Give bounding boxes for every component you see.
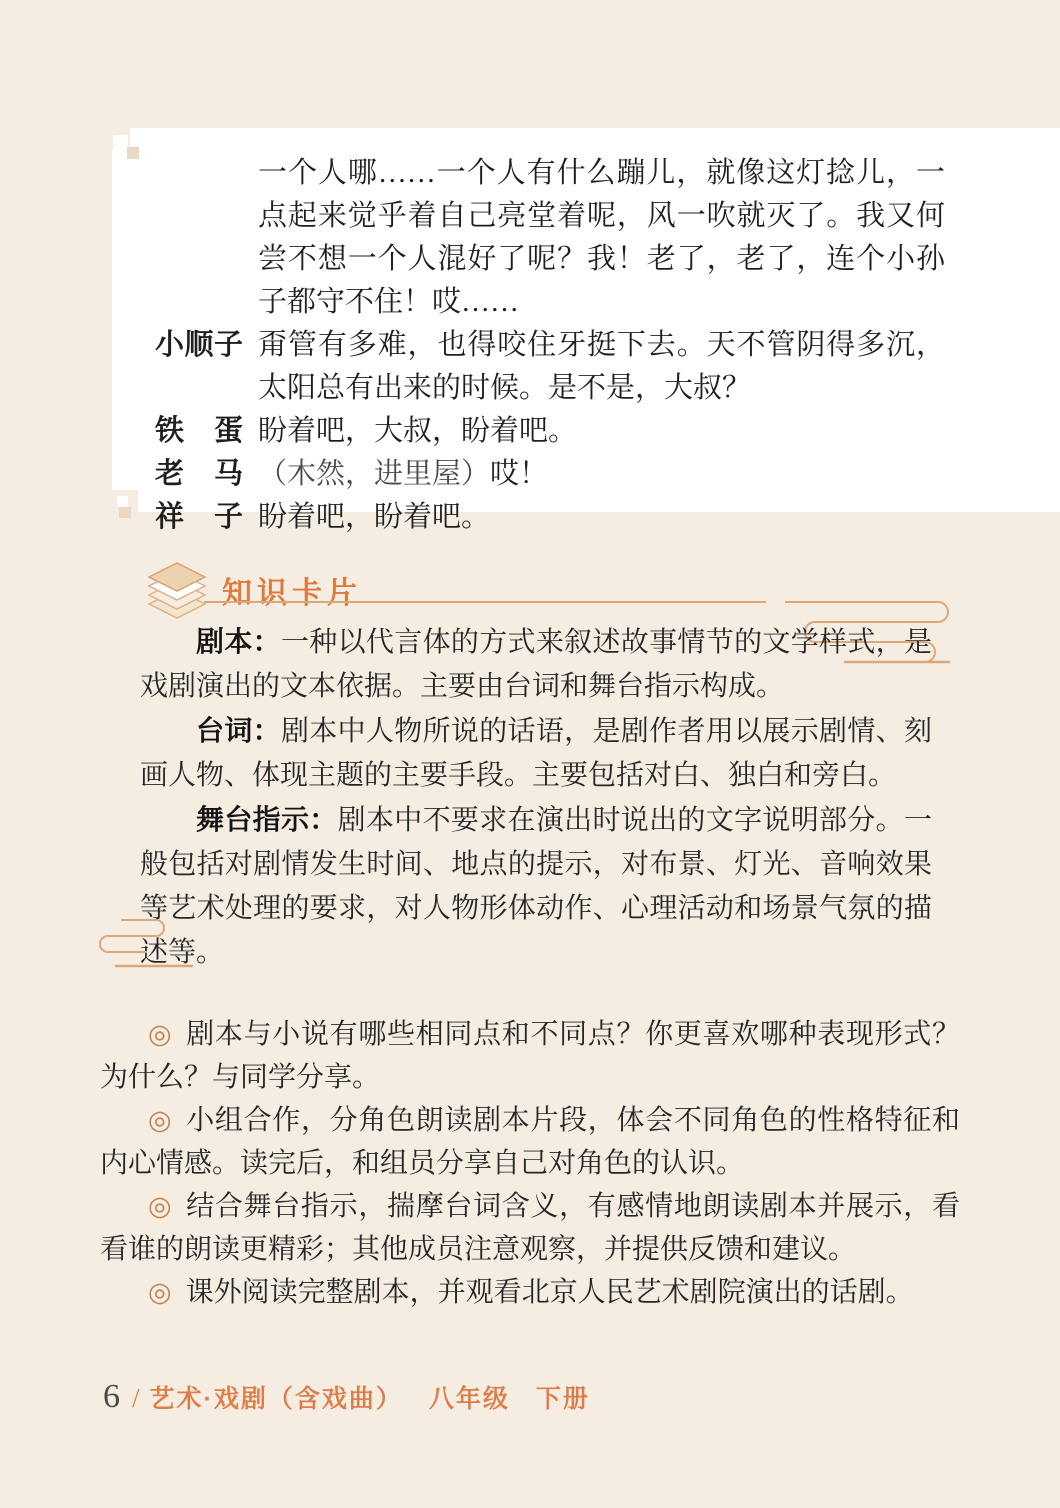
pixel-corner-decor bbox=[113, 135, 128, 150]
dialogue-text: 盼着吧，大叔，盼着吧。 bbox=[258, 410, 945, 453]
pixel-corner-decor bbox=[117, 496, 128, 507]
dialogue-line: 哎！ bbox=[490, 458, 548, 490]
volume-label: 下册 bbox=[536, 1379, 590, 1415]
dialogue-text: 盼着吧，盼着吧。 bbox=[258, 496, 945, 539]
dialogue-text: 甭管有多难，也得咬住牙挺下去。天不管阴得多沉，太阳总有出来的时候。是不是，大叔？ bbox=[258, 324, 945, 410]
knowledge-term: 台词： bbox=[196, 715, 281, 746]
knowledge-paragraph: 剧本：一种以代言体的方式来叙述故事情节的文学样式，是戏剧演出的文本依据。主要由台… bbox=[140, 620, 932, 709]
page-number: 6 bbox=[103, 1378, 120, 1416]
question-text: 课外阅读完整剧本，并观看北京人民艺术剧院演出的话剧。 bbox=[186, 1277, 914, 1308]
pixel-corner-decor bbox=[127, 147, 139, 159]
question-text: 结合舞台指示，揣摩台词含义，有感情地朗读剧本并展示，看看谁的朗读更精彩；其他成员… bbox=[100, 1191, 960, 1265]
knowledge-card-title: 知识卡片 bbox=[222, 568, 362, 612]
dialogue-text: （木然，进里屋）哎！ bbox=[258, 453, 945, 496]
footer-separator: / bbox=[132, 1383, 140, 1414]
dialogue-entry: 老 马 （木然，进里屋）哎！ bbox=[155, 453, 945, 496]
bullet-icon: ◎ bbox=[148, 1191, 172, 1221]
speaker-name: 小顺子 bbox=[155, 324, 258, 410]
page-footer: 6 / 艺术·戏剧（含戏曲） 八年级 下册 bbox=[103, 1378, 590, 1416]
bullet-icon: ◎ bbox=[148, 1105, 172, 1135]
dialogue-entry: 祥 子 盼着吧，盼着吧。 bbox=[155, 496, 945, 539]
dialogue-box-top-strip bbox=[130, 128, 1060, 151]
question-item: ◎课外阅读完整剧本，并观看北京人民艺术剧院演出的话剧。 bbox=[100, 1271, 960, 1314]
knowledge-paragraph: 台词：剧本中人物所说的话语，是剧作者用以展示剧情、刻画人物、体现主题的主要手段。… bbox=[140, 709, 932, 798]
knowledge-card-text: 剧本：一种以代言体的方式来叙述故事情节的文学样式，是戏剧演出的文本依据。主要由台… bbox=[140, 620, 932, 975]
speaker-name: 祥 子 bbox=[155, 496, 258, 539]
knowledge-paragraph: 舞台指示：剧本中不要求在演出时说出的文字说明部分。一般包括对剧情发生时间、地点的… bbox=[140, 798, 932, 975]
speaker-name: 老 马 bbox=[155, 453, 258, 496]
question-item: ◎结合舞台指示，揣摩台词含义，有感情地朗读剧本并展示，看看谁的朗读更精彩；其他成… bbox=[100, 1185, 960, 1271]
cloud-scroll-left-icon bbox=[94, 916, 198, 975]
dialogue-text: 一个人哪……一个人有什么蹦儿，就像这灯捻儿，一点起来觉乎着自己亮堂着呢，风一吹就… bbox=[258, 152, 945, 324]
grade-label: 八年级 bbox=[429, 1379, 510, 1415]
question-item: ◎剧本与小说有哪些相同点和不同点？你更喜欢哪种表现形式？为什么？与同学分享。 bbox=[100, 1013, 960, 1099]
question-text: 剧本与小说有哪些相同点和不同点？你更喜欢哪种表现形式？为什么？与同学分享。 bbox=[100, 1019, 960, 1093]
book-title: 艺术·戏剧（含戏曲） bbox=[150, 1379, 403, 1415]
pixel-corner-decor bbox=[119, 507, 131, 518]
question-text: 小组合作，分角色朗读剧本片段，体会不同角色的性格特征和内心情感。读完后，和组员分… bbox=[100, 1105, 960, 1179]
knowledge-term: 剧本： bbox=[196, 626, 281, 657]
dialogue-box: 一个人哪……一个人有什么蹦儿，就像这灯捻儿，一点起来觉乎着自己亮堂着呢，风一吹就… bbox=[112, 128, 1060, 512]
knowledge-term: 舞台指示： bbox=[196, 804, 338, 835]
question-item: ◎小组合作，分角色朗读剧本片段，体会不同角色的性格特征和内心情感。读完后，和组员… bbox=[100, 1099, 960, 1185]
dialogue-entry: 小顺子 甭管有多难，也得咬住牙挺下去。天不管阴得多沉，太阳总有出来的时候。是不是… bbox=[155, 324, 945, 410]
dialogue-content: 一个人哪……一个人有什么蹦儿，就像这灯捻儿，一点起来觉乎着自己亮堂着呢，风一吹就… bbox=[155, 152, 945, 539]
questions-section: ◎剧本与小说有哪些相同点和不同点？你更喜欢哪种表现形式？为什么？与同学分享。 ◎… bbox=[100, 1013, 960, 1314]
bullet-icon: ◎ bbox=[148, 1277, 172, 1307]
textbook-page: { "colors": { "page_background": "#f5ece… bbox=[0, 0, 1060, 1508]
card-stack-icon bbox=[146, 560, 208, 629]
stage-direction: （木然，进里屋） bbox=[258, 458, 490, 490]
dialogue-entry: 铁 蛋 盼着吧，大叔，盼着吧。 bbox=[155, 410, 945, 453]
bullet-icon: ◎ bbox=[148, 1019, 172, 1049]
title-underline bbox=[204, 601, 766, 603]
speaker-name bbox=[155, 152, 258, 324]
speaker-name: 铁 蛋 bbox=[155, 410, 258, 453]
dialogue-entry: 一个人哪……一个人有什么蹦儿，就像这灯捻儿，一点起来觉乎着自己亮堂着呢，风一吹就… bbox=[155, 152, 945, 324]
